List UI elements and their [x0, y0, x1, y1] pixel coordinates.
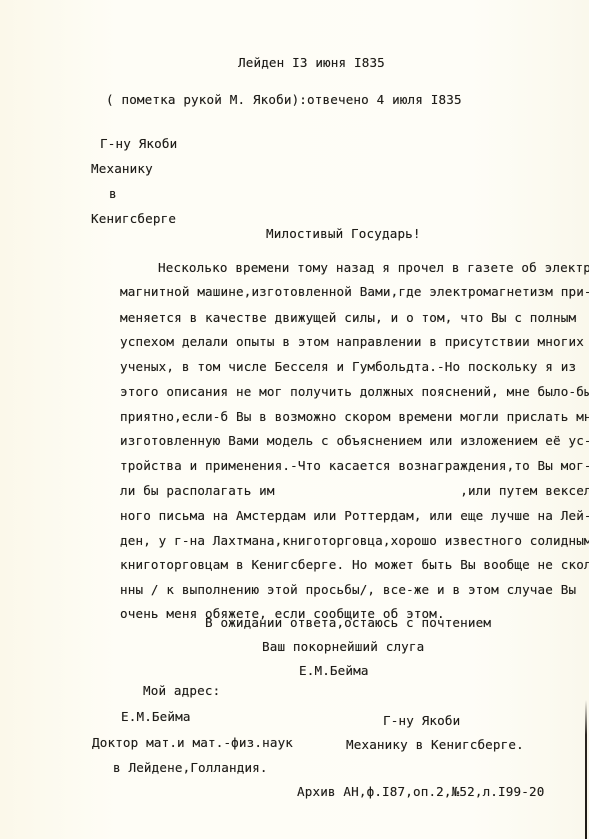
sender-location: в Лейдене,Голландия. [113, 760, 268, 776]
signature: Е.М.Бейма [299, 663, 369, 679]
body-line: ден, у г-на Лахтмана,книготорговца,хорош… [120, 533, 572, 549]
body-line: успехом делали опыты в этом направлении … [120, 334, 572, 350]
archive-reference: Архив АН,ф.I87,оп.2,№52,л.I99-20 [297, 784, 544, 800]
body-line: Несколько времени тому назад я прочел в … [158, 260, 582, 276]
handwritten-note: ( пометка рукой М. Якоби):отвечено 4 июл… [106, 92, 462, 108]
body-line: тройства и применения.-Что касается возн… [120, 458, 572, 474]
sender-title: Доктор мат.и мат.-физ.наук [92, 735, 293, 751]
closing-line-2: Ваш покорнейший слуга [262, 639, 424, 655]
body-line: магнитной машине,изготовленной Вами,где … [120, 284, 572, 300]
body-line: книготорговцам в Кенигсберге. Но может б… [120, 557, 572, 573]
recipient-line-3: в [109, 186, 117, 202]
body-line: этого описания не мог получить должных п… [120, 384, 572, 400]
body-line: меняется в качестве движущей силы, и о т… [120, 310, 572, 326]
addressee-name: Г-ну Якоби [383, 713, 460, 729]
body-line: ли бы располагать им ,или путем вексель- [120, 483, 572, 499]
letter-page: Лейден I3 июня I835 ( пометка рукой М. Я… [0, 0, 589, 839]
closing-line-1: В ожидании ответа,остаюсь с почтением [205, 615, 491, 631]
body-line: ного письма на Амстердам или Роттердам, … [120, 508, 572, 524]
place-date: Лейден I3 июня I835 [238, 55, 385, 71]
body-line: ученых, в том числе Бесселя и Гумбольдта… [120, 359, 572, 375]
recipient-line-1: Г-ну Якоби [100, 136, 177, 152]
body-line: приятно,если-б Вы в возможно скором врем… [120, 409, 572, 425]
recipient-line-2: Механику [91, 161, 153, 177]
sender-address-label: Мой адрес: [143, 683, 220, 699]
page-edge-shadow [585, 700, 587, 839]
body-line: нны / к выполнению этой просьбы/, все-же… [120, 582, 572, 598]
addressee-title: Механику в Кенигсберге. [346, 737, 524, 753]
sender-name: Е.М.Бейма [121, 709, 191, 725]
body-line: изготовленную Вами модель с объяснением … [120, 433, 572, 449]
recipient-line-4: Кенигсберге [91, 211, 176, 227]
salutation: Милостивый Государь! [266, 226, 421, 242]
